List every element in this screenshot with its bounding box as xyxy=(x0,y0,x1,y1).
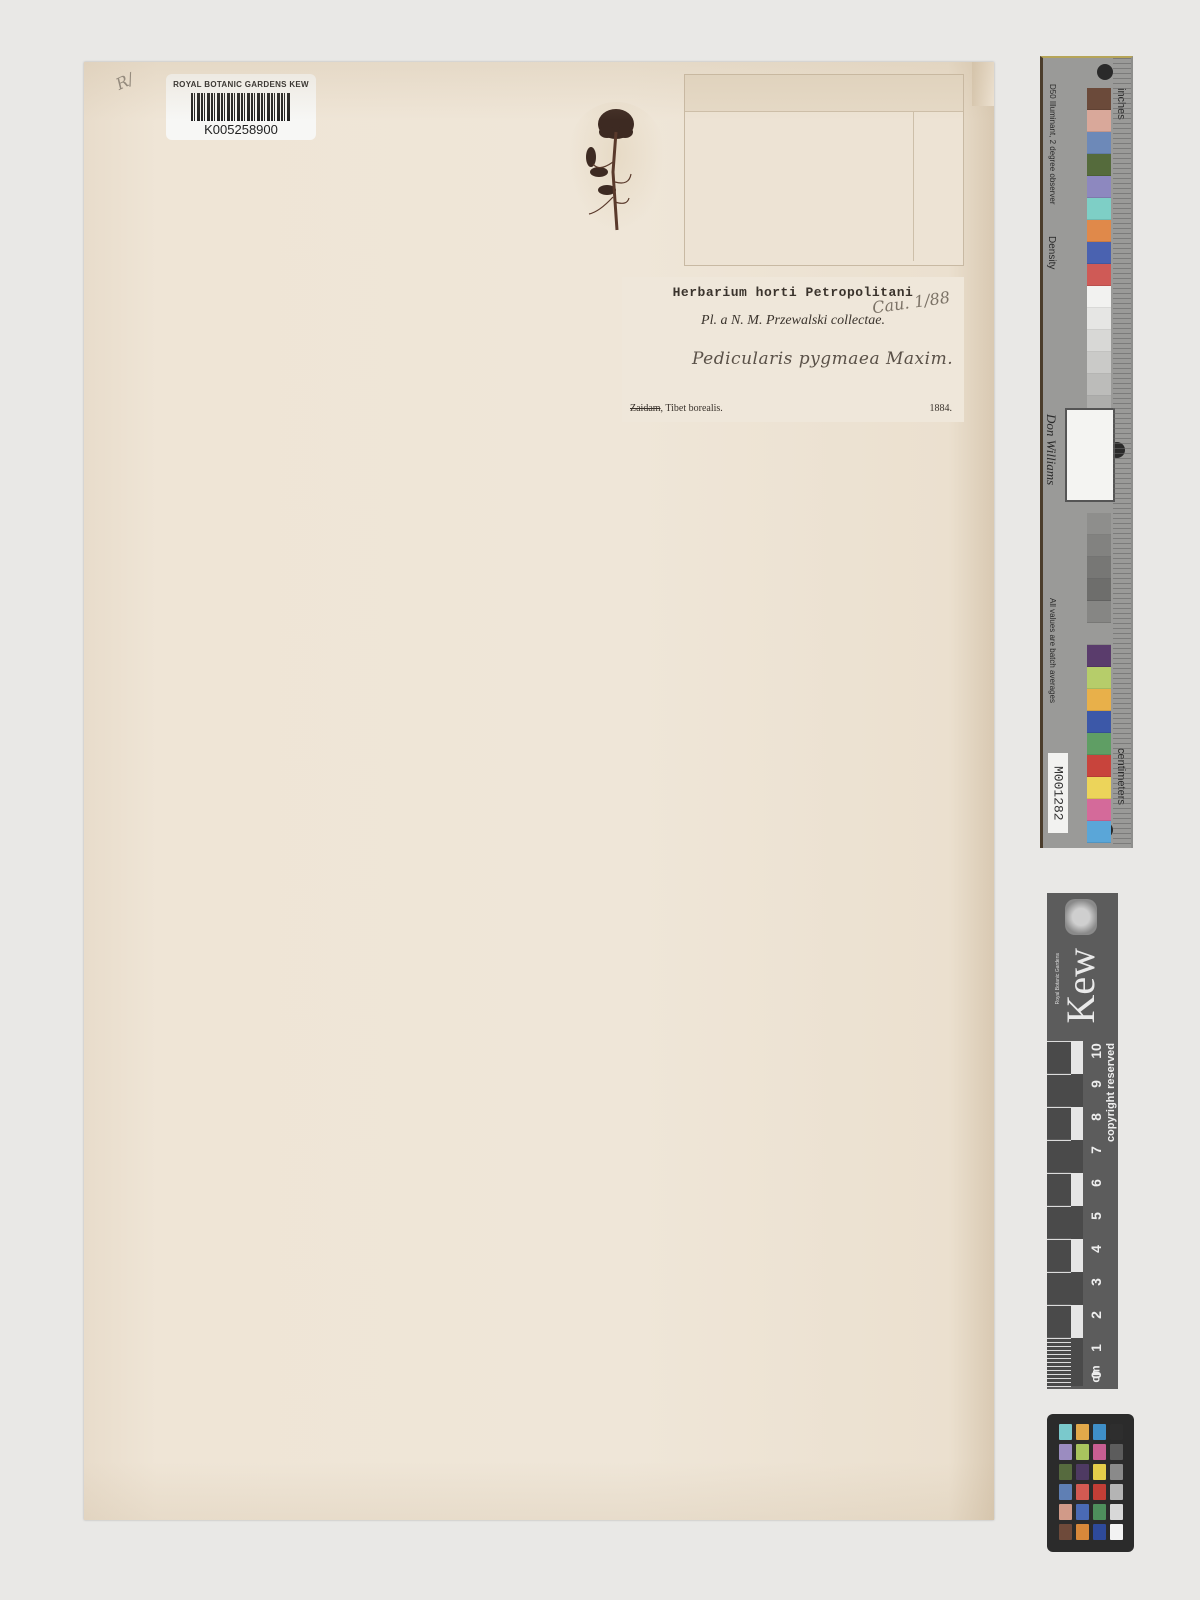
swatch xyxy=(1087,755,1111,777)
barcode-id: K005258900 xyxy=(204,122,278,137)
ruler-ticks xyxy=(1113,58,1131,848)
swatch xyxy=(1087,667,1111,689)
illuminant-text: D50 Illuminant, 2 degree observer xyxy=(1048,84,1057,205)
colour-chip xyxy=(1059,1504,1072,1520)
colour-chip xyxy=(1076,1524,1089,1540)
herbarium-label: Herbarium horti Petropolitani Cau. 1/88 … xyxy=(622,277,964,422)
barcode-label: ROYAL BOTANIC GARDENS KEW K005258900 xyxy=(166,74,316,140)
ruler-number: 6 xyxy=(1088,1174,1104,1192)
pencil-annotation: R/ xyxy=(113,69,137,94)
packet-flap xyxy=(685,75,963,112)
ruler-segment xyxy=(1047,1074,1071,1106)
ruler-segment xyxy=(1047,1173,1071,1205)
colour-chip xyxy=(1110,1484,1123,1500)
swatch xyxy=(1087,198,1111,220)
swatch xyxy=(1087,154,1111,176)
swatch xyxy=(1087,623,1111,645)
colour-chip-grid xyxy=(1059,1424,1123,1540)
top-swatches xyxy=(1087,88,1111,418)
ruler-alt xyxy=(1071,1041,1083,1074)
kew-scale-bar: Royal Botanic Gardens Kew 10 9 8 7 6 5 4… xyxy=(1047,893,1118,1389)
swatch xyxy=(1087,220,1111,242)
ruler-segment xyxy=(1047,1041,1071,1073)
ruler-alt xyxy=(1071,1140,1083,1173)
colour-chip xyxy=(1110,1524,1123,1540)
ruler-alt xyxy=(1071,1272,1083,1305)
colour-chip xyxy=(1110,1424,1123,1440)
collector-line: Pl. a N. M. Przewalski collectae. xyxy=(622,313,964,329)
ruler-alt xyxy=(1071,1173,1083,1206)
strip-id: M001282 xyxy=(1048,753,1068,833)
swatch xyxy=(1087,733,1111,755)
swatch xyxy=(1087,352,1111,374)
locality: Zaidam, Tibet borealis. xyxy=(630,403,723,414)
colour-chip xyxy=(1076,1424,1089,1440)
kew-logo: Kew xyxy=(1061,948,1101,1024)
colour-chip xyxy=(1076,1464,1089,1480)
colour-chip xyxy=(1059,1444,1072,1460)
swatch xyxy=(1087,821,1111,843)
ruler-number: 7 xyxy=(1088,1141,1104,1159)
swatch xyxy=(1087,88,1111,110)
ruler-number: 8 xyxy=(1088,1108,1104,1126)
colour-chip xyxy=(1093,1444,1106,1460)
kew-crest-icon xyxy=(1065,899,1097,935)
specimen-area xyxy=(569,102,664,232)
colour-chip xyxy=(1059,1524,1072,1540)
ruler-number: 10 xyxy=(1088,1042,1104,1060)
swatch xyxy=(1087,579,1111,601)
fragment-packet[interactable] xyxy=(684,74,964,266)
ruler-alt xyxy=(1071,1239,1083,1272)
colour-chip xyxy=(1093,1464,1106,1480)
colour-chip xyxy=(1076,1484,1089,1500)
colour-chip xyxy=(1110,1444,1123,1460)
ruler-segment-mm xyxy=(1047,1338,1071,1387)
swatch xyxy=(1087,799,1111,821)
colour-chip xyxy=(1093,1424,1106,1440)
swatch xyxy=(1087,645,1111,667)
bottom-swatches xyxy=(1087,513,1111,843)
swatch xyxy=(1087,176,1111,198)
swatch xyxy=(1087,264,1111,286)
barcode-institution: ROYAL BOTANIC GARDENS KEW xyxy=(173,80,309,89)
ruler-alt xyxy=(1071,1107,1083,1140)
swatch xyxy=(1087,557,1111,579)
colour-chip xyxy=(1076,1444,1089,1460)
swatch xyxy=(1087,308,1111,330)
ruler-number: 2 xyxy=(1088,1306,1104,1324)
brand-label: Don Williams xyxy=(1043,414,1059,485)
colour-chip xyxy=(1076,1504,1089,1520)
locality-struck: Zaidam xyxy=(630,403,661,414)
ruler-segment xyxy=(1047,1239,1071,1271)
ruler-alt xyxy=(1071,1305,1083,1338)
colour-chip xyxy=(1059,1484,1072,1500)
ruler-number: 5 xyxy=(1088,1207,1104,1225)
swatch xyxy=(1087,330,1111,352)
colour-calibration-strip: inches centimeters D50 Illuminant, 2 deg… xyxy=(1040,56,1133,848)
packet-front xyxy=(689,111,914,261)
ruler-segment xyxy=(1047,1107,1071,1139)
ruler-number: 1 xyxy=(1088,1339,1104,1357)
swatch xyxy=(1087,689,1111,711)
colour-chip xyxy=(1093,1484,1106,1500)
ruler-number: 4 xyxy=(1088,1240,1104,1258)
ruler-number: 3 xyxy=(1088,1273,1104,1291)
swatch xyxy=(1087,132,1111,154)
colour-chip xyxy=(1110,1504,1123,1520)
ruler-alt xyxy=(1071,1074,1083,1107)
hole-top-icon xyxy=(1097,64,1113,80)
ruler-number: 9 xyxy=(1088,1075,1104,1093)
batch-footnote: All values are batch averages xyxy=(1048,598,1057,703)
ruler-alt xyxy=(1071,1338,1083,1386)
ruler-segment xyxy=(1047,1272,1071,1304)
colour-chip xyxy=(1093,1524,1106,1540)
swatch xyxy=(1087,601,1111,623)
ruler-alt xyxy=(1071,1206,1083,1239)
swatch xyxy=(1087,242,1111,264)
colour-chip xyxy=(1059,1424,1072,1440)
herbarium-sheet: R/ ROYAL BOTANIC GARDENS KEW K005258900 … xyxy=(84,62,994,1520)
colour-checker-card xyxy=(1047,1414,1134,1552)
colour-chip xyxy=(1093,1504,1106,1520)
colour-chip xyxy=(1110,1464,1123,1480)
swatch xyxy=(1087,110,1111,132)
unit-label: cm xyxy=(1089,1365,1103,1382)
sheet-fold xyxy=(972,62,994,106)
swatch xyxy=(1087,535,1111,557)
colour-chip xyxy=(1059,1464,1072,1480)
species-name: Pedicularis pygmaea Maxim. xyxy=(692,349,953,369)
cm-ruler xyxy=(1047,1041,1085,1389)
plant-specimen-icon xyxy=(569,102,664,232)
swatch xyxy=(1087,286,1111,308)
resolution-target xyxy=(1065,408,1115,502)
ruler-segment xyxy=(1047,1206,1071,1238)
swatch xyxy=(1087,513,1111,535)
swatch xyxy=(1087,374,1111,396)
swatch xyxy=(1087,711,1111,733)
density-label: Density xyxy=(1046,236,1057,269)
swatch xyxy=(1087,777,1111,799)
ruler-segment xyxy=(1047,1305,1071,1337)
collection-year: 1884. xyxy=(930,403,953,414)
ruler-numbers: 10 9 8 7 6 5 4 3 2 1 0 xyxy=(1087,1041,1105,1379)
locality-text: , Tibet borealis. xyxy=(661,403,723,414)
copyright-text: copyright reserved xyxy=(1105,1043,1117,1142)
barcode-icon xyxy=(191,93,291,121)
ruler-segment xyxy=(1047,1140,1071,1172)
